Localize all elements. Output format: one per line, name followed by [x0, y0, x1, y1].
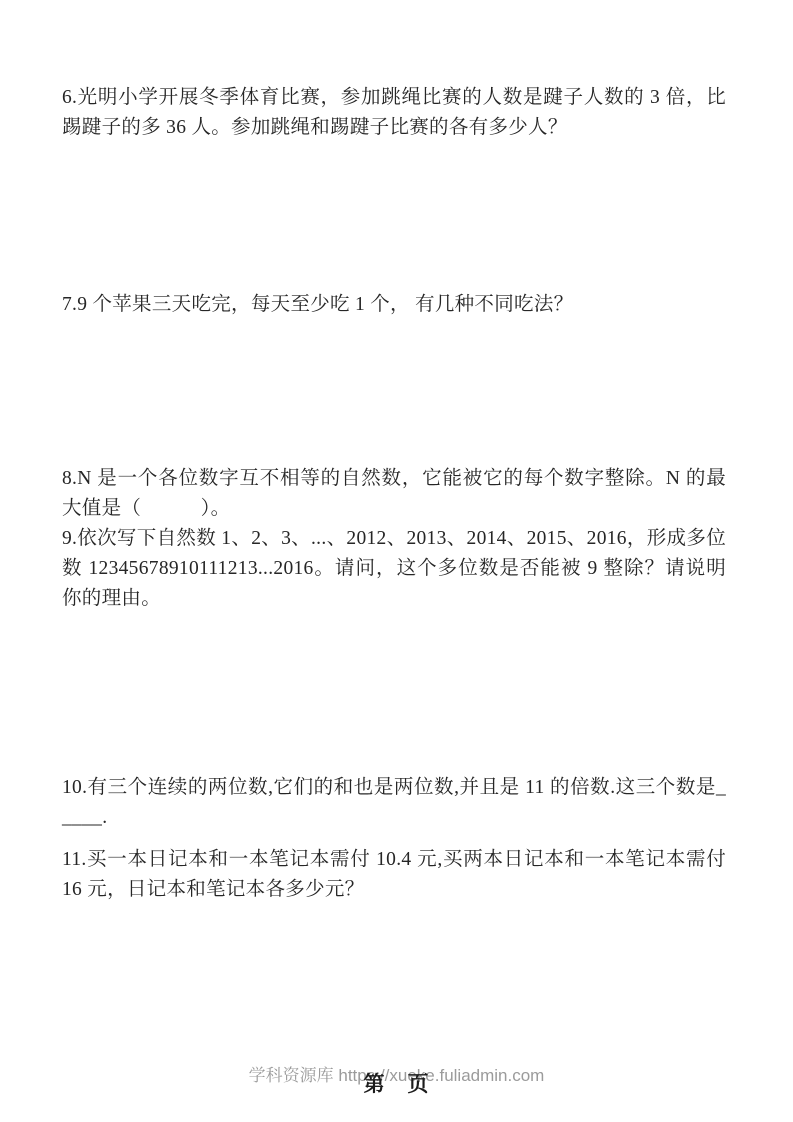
problem-9: 9.依次写下自然数 1、2、3、...、2012、2013、2014、2015、… [62, 524, 726, 614]
page-number-label: 第 页 [0, 1072, 793, 1098]
problem-8: 8.N 是一个各位数字互不相等的自然数，它能被它的每个数字整除。N 的最大值是（… [62, 464, 726, 524]
problem-11: 11.买一本日记本和一本笔记本需付 10.4 元,买两本日记本和一本笔记本需付 … [62, 845, 726, 905]
problem-10: 10.有三个连续的两位数,它们的和也是两位数,并且是 11 的倍数.这三个数是_… [62, 773, 726, 833]
problem-6: 6.光明小学开展冬季体育比赛，参加跳绳比赛的人数是踺子人数的 3 倍，比踢踺子的… [62, 83, 726, 143]
problem-7: 7.9 个苹果三天吃完，每天至少吃 1 个， 有几种不同吃法？ [62, 290, 726, 320]
worksheet-page: 6.光明小学开展冬季体育比赛，参加跳绳比赛的人数是踺子人数的 3 倍，比踢踺子的… [0, 0, 793, 1122]
